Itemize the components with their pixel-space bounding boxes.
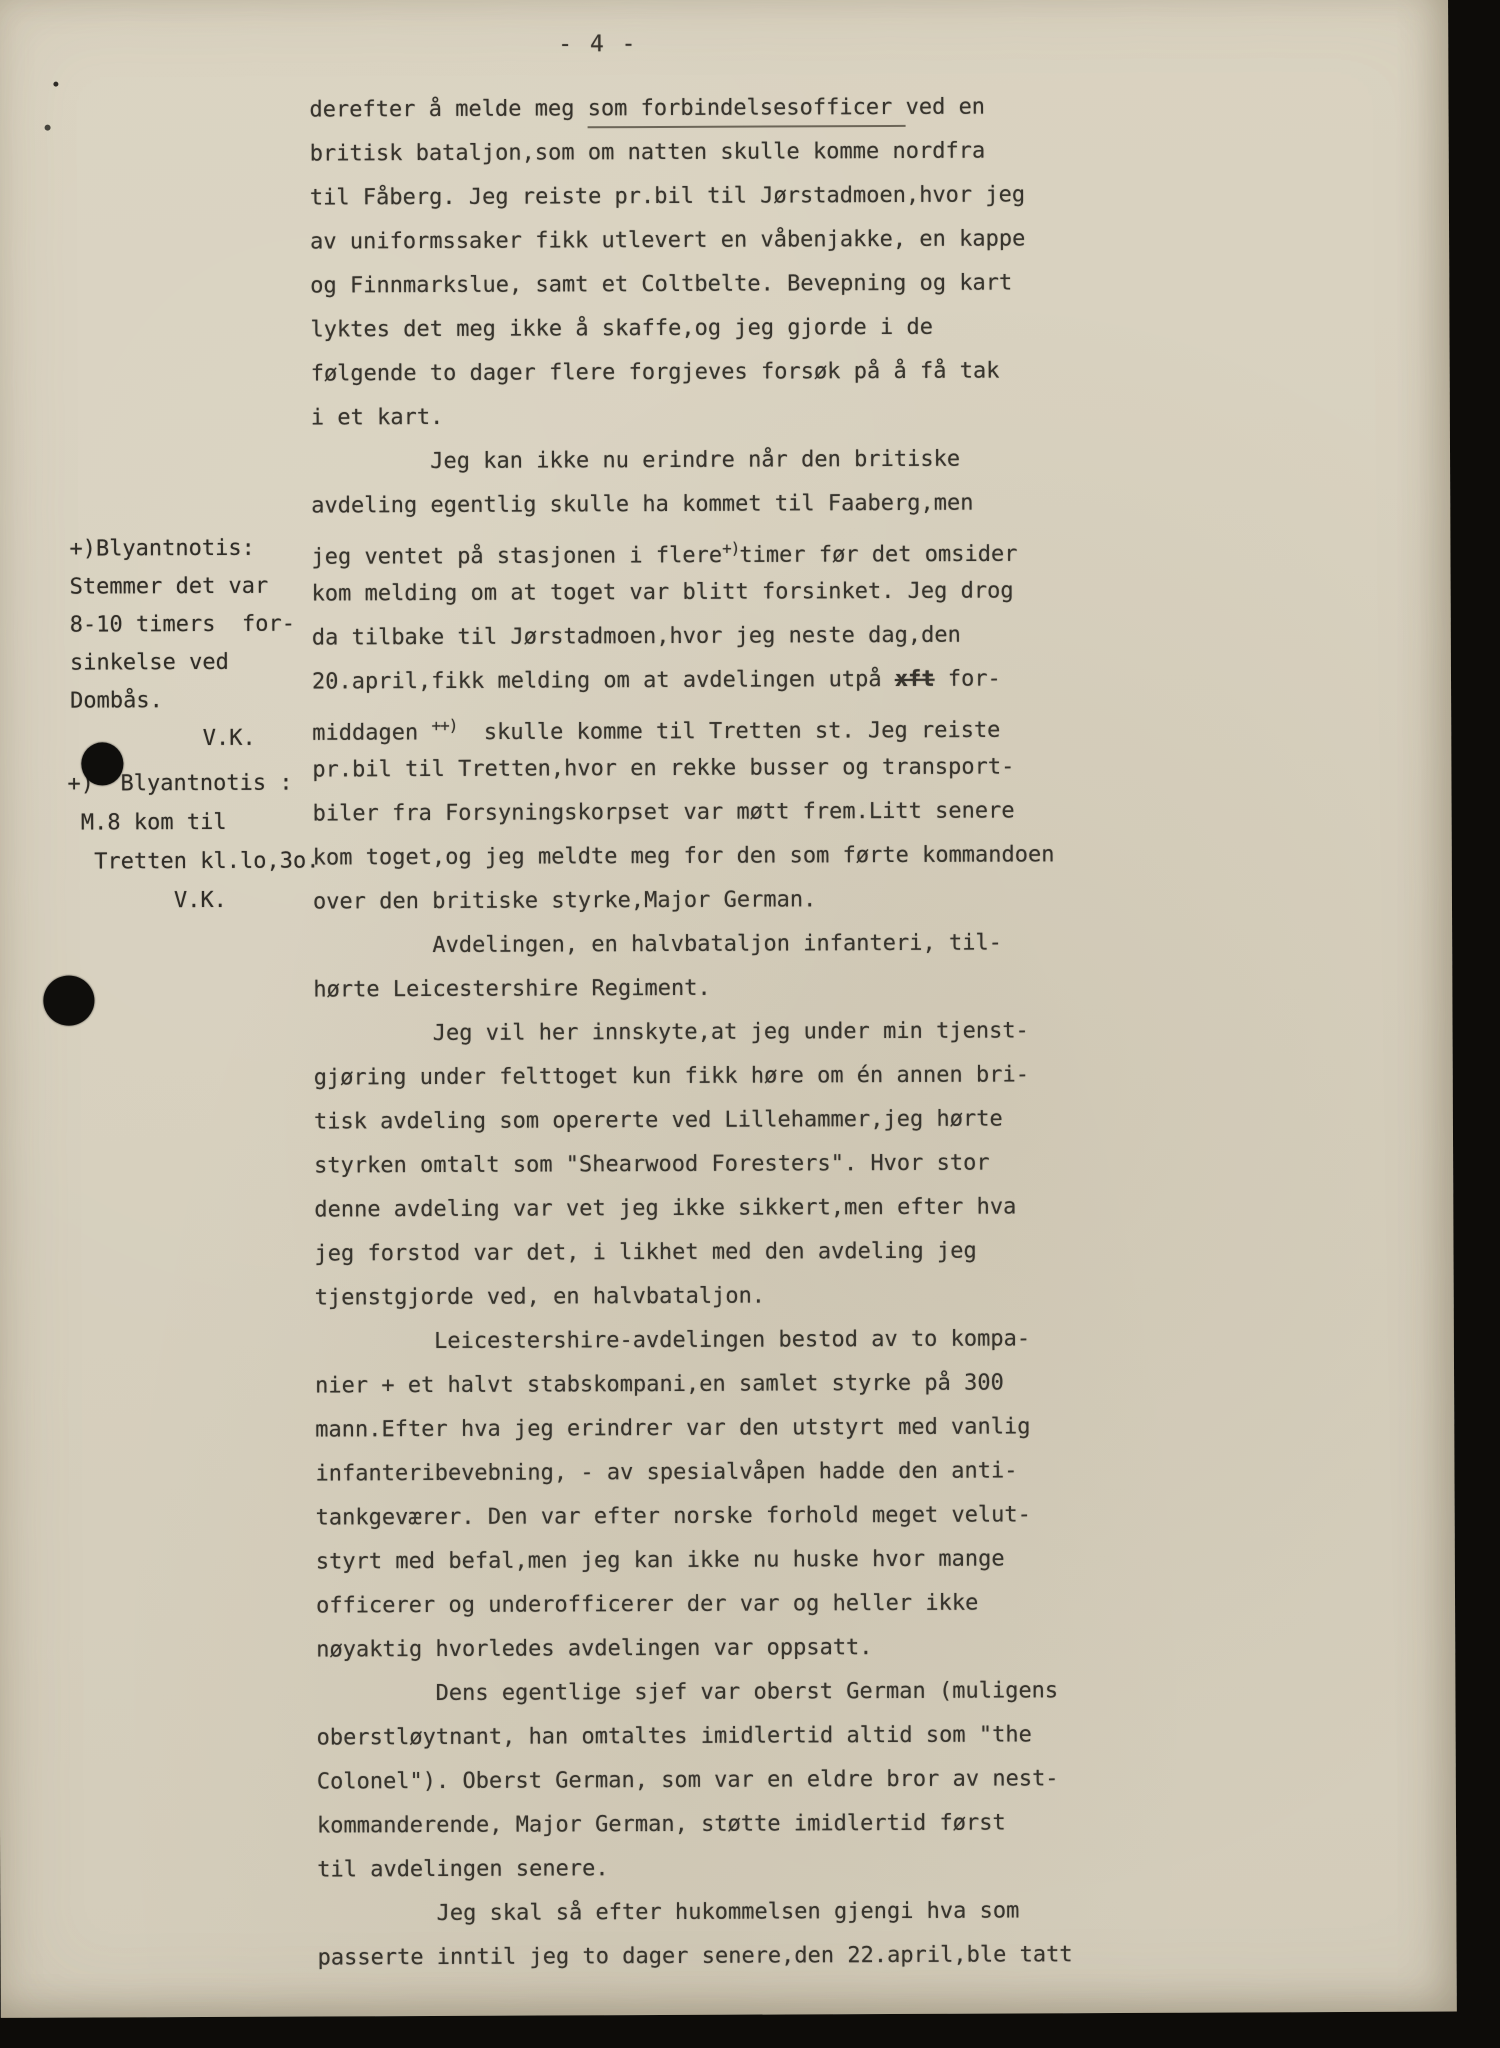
text-line: til avdelingen senere. bbox=[317, 1845, 1072, 1892]
text-segment: infanteribevebning, - av spesialvåpen ha… bbox=[315, 1458, 1017, 1486]
text-segment: til avdelingen senere. bbox=[317, 1856, 609, 1882]
text-segment: Avdelingen, en halvbataljon infanteri, t… bbox=[313, 931, 1002, 959]
text-segment: passerte inntil jeg to dager senere,den … bbox=[318, 1942, 1073, 1970]
text-line: derefter å melde meg som forbindelsesoff… bbox=[309, 85, 1064, 132]
text-segment: tankgeværer. Den var efter norske forhol… bbox=[316, 1502, 1031, 1530]
text-line: nøyaktig hvorledes avdelingen var oppsat… bbox=[316, 1625, 1071, 1672]
text-line: infanteribevebning, - av spesialvåpen ha… bbox=[315, 1449, 1070, 1496]
text-segment: over den britiske styrke,Major German. bbox=[313, 887, 816, 914]
margin-note-line: Dombås. bbox=[70, 682, 295, 721]
dust-speck bbox=[45, 125, 51, 131]
text-line: i et kart. bbox=[311, 393, 1066, 440]
text-segment: 20.april,fikk melding om at avdelingen u… bbox=[312, 667, 895, 695]
margin-note-tretten: +) Blyantnotis : M.8 kom til Tretten kl.… bbox=[67, 763, 319, 920]
text-segment: timer før det omsider bbox=[739, 542, 1017, 568]
text-segment: Leicestershire-avdelingen bestod av to k… bbox=[315, 1326, 1030, 1354]
text-line: oberstløytnant, han omtaltes imidlertid … bbox=[317, 1713, 1072, 1760]
text-line: Jeg skal så efter hukommelsen gjengi hva… bbox=[317, 1889, 1072, 1936]
margin-note-line: Tretten kl.lo,3o. bbox=[68, 841, 320, 881]
text-segment: pr.bil til Tretten,hvor en rekke busser … bbox=[312, 754, 1014, 782]
ink-blot bbox=[81, 742, 123, 785]
text-line: gjøring under felttoget kun fikk høre om… bbox=[314, 1053, 1069, 1100]
underlined-text: som forbindelsesofficer bbox=[588, 95, 906, 128]
text-line: og Finnmarkslue, samt et Coltbelte. Beve… bbox=[310, 261, 1065, 308]
text-line: kommanderende, Major German, støtte imid… bbox=[317, 1801, 1072, 1848]
text-segment: oberstløytnant, han omtaltes imidlertid … bbox=[317, 1722, 1032, 1750]
text-line: mann.Efter hva jeg erindrer var den utst… bbox=[315, 1405, 1070, 1452]
text-segment: nier + et halvt stabskompani,en samlet s… bbox=[315, 1371, 1004, 1399]
footnote-marker: +) bbox=[722, 539, 739, 558]
hole-punch bbox=[43, 975, 94, 1025]
text-segment: mann.Efter hva jeg erindrer var den utst… bbox=[315, 1414, 1030, 1442]
text-line: officerer og underofficerer der var og h… bbox=[316, 1581, 1071, 1628]
text-segment: middagen bbox=[312, 720, 431, 746]
text-segment: denne avdeling var vet jeg ikke sikkert,… bbox=[314, 1194, 1016, 1222]
margin-note-dombas: +)Blyantnotis:Stemmer det var8-10 timers… bbox=[69, 530, 295, 759]
text-segment: til Fåberg. Jeg reiste pr.bil til Jørsta… bbox=[310, 182, 1025, 210]
page-number: - 4 - bbox=[558, 31, 637, 57]
text-segment: Dens egentlige sjef var oberst German (m… bbox=[316, 1678, 1058, 1706]
text-segment: biler fra Forsyningskorpset var møtt fre… bbox=[313, 798, 1015, 826]
text-segment: derefter å melde meg bbox=[309, 96, 587, 122]
text-line: Jeg kan ikke nu erindre når den britiske bbox=[311, 437, 1066, 484]
text-line: av uniformssaker fikk utlevert en våbenj… bbox=[310, 217, 1065, 264]
text-line: passerte inntil jeg to dager senere,den … bbox=[317, 1933, 1072, 1980]
text-segment: jeg forstod var det, i likhet med den av… bbox=[314, 1239, 976, 1267]
margin-note-line: sinkelse ved bbox=[70, 644, 295, 683]
text-line: følgende to dager flere forgjeves forsøk… bbox=[311, 349, 1066, 396]
text-line: styrt med befal,men jeg kan ikke nu husk… bbox=[316, 1537, 1071, 1584]
text-segment: kom toget,og jeg meldte meg for den som … bbox=[313, 842, 1055, 870]
text-segment: britisk bataljon,som om natten skulle ko… bbox=[310, 139, 986, 167]
text-line: denne avdeling var vet jeg ikke sikkert,… bbox=[314, 1185, 1069, 1232]
text-segment: gjøring under felttoget kun fikk høre om… bbox=[314, 1062, 1029, 1090]
text-line: tjenstgjorde ved, en halvbataljon. bbox=[315, 1273, 1070, 1320]
text-line: nier + et halvt stabskompani,en samlet s… bbox=[315, 1361, 1070, 1408]
text-line: britisk bataljon,som om natten skulle ko… bbox=[310, 129, 1065, 176]
margin-note-line: V.K. bbox=[68, 880, 320, 920]
text-segment: Jeg vil her innskyte,at jeg under min tj… bbox=[313, 1018, 1028, 1046]
text-line: Colonel"). Oberst German, som var en eld… bbox=[317, 1757, 1072, 1804]
text-line: kom melding om at toget var blitt forsin… bbox=[312, 569, 1067, 616]
text-segment: styrt med befal,men jeg kan ikke nu husk… bbox=[316, 1547, 1005, 1575]
text-line: jeg forstod var det, i likhet med den av… bbox=[314, 1229, 1069, 1276]
text-line: tankgeværer. Den var efter norske forhol… bbox=[316, 1493, 1071, 1540]
text-line: biler fra Forsyningskorpset var møtt fre… bbox=[312, 789, 1067, 836]
text-segment: og Finnmarkslue, samt et Coltbelte. Beve… bbox=[310, 270, 1012, 298]
margin-note-line: 8-10 timers for- bbox=[70, 606, 295, 645]
text-line: middagen ++) skulle komme til Tretten st… bbox=[312, 701, 1067, 748]
typewritten-body: derefter å melde meg som forbindelsesoff… bbox=[309, 85, 1072, 1980]
text-segment: Colonel"). Oberst German, som var en eld… bbox=[317, 1766, 1059, 1794]
text-segment: da tilbake til Jørstadmoen,hvor jeg nest… bbox=[312, 623, 961, 651]
margin-note-line: Stemmer det var bbox=[70, 568, 295, 607]
text-segment: tisk avdeling som opererte ved Lillehamm… bbox=[314, 1107, 1003, 1135]
text-line: avdeling egentlig skulle ha kommet til F… bbox=[311, 481, 1066, 528]
text-line: da tilbake til Jørstadmoen,hvor jeg nest… bbox=[312, 613, 1067, 660]
text-segment: følgende to dager flere forgjeves forsøk… bbox=[311, 359, 1000, 387]
text-line: styrken omtalt som "Shearwood Foresters"… bbox=[314, 1141, 1069, 1188]
text-line: Jeg vil her innskyte,at jeg under min tj… bbox=[313, 1009, 1068, 1056]
dust-speck bbox=[53, 82, 58, 87]
text-segment: Jeg skal så efter hukommelsen gjengi hva… bbox=[317, 1898, 1019, 1926]
text-line: lyktes det meg ikke å skaffe,og jeg gjor… bbox=[310, 305, 1065, 352]
text-segment: Jeg kan ikke nu erindre når den britiske bbox=[311, 447, 960, 475]
struck-text: xft bbox=[895, 667, 935, 692]
text-line: tisk avdeling som opererte ved Lillehamm… bbox=[314, 1097, 1069, 1144]
text-segment: skulle komme til Tretten st. Jeg reiste bbox=[457, 718, 1000, 745]
text-segment: lyktes det meg ikke å skaffe,og jeg gjor… bbox=[310, 315, 933, 343]
paper-sheet: - 4 - derefter å melde meg som forbindel… bbox=[0, 0, 1457, 2018]
margin-note-line: +)Blyantnotis: bbox=[69, 530, 294, 569]
text-line: over den britiske styrke,Major German. bbox=[313, 877, 1068, 924]
text-segment: nøyaktig hvorledes avdelingen var oppsat… bbox=[316, 1635, 872, 1662]
text-segment: kom melding om at toget var blitt forsin… bbox=[312, 578, 1014, 606]
text-segment: ved en bbox=[906, 95, 986, 120]
text-segment: tjenstgjorde ved, en halvbataljon. bbox=[315, 1284, 765, 1311]
text-line: Avdelingen, en halvbataljon infanteri, t… bbox=[313, 921, 1068, 968]
text-line: jeg ventet på stasjonen i flere+)timer f… bbox=[311, 525, 1066, 572]
text-segment: kommanderende, Major German, støtte imid… bbox=[317, 1811, 1006, 1839]
footnote-marker: ++) bbox=[431, 716, 457, 735]
text-segment: officerer og underofficerer der var og h… bbox=[316, 1591, 978, 1619]
text-line: pr.bil til Tretten,hvor en rekke busser … bbox=[312, 745, 1067, 792]
text-line: hørte Leicestershire Regiment. bbox=[313, 965, 1068, 1012]
text-segment: avdeling egentlig skulle ha kommet til F… bbox=[311, 491, 973, 519]
margin-note-line: M.8 kom til bbox=[68, 802, 320, 842]
text-segment: styrken omtalt som "Shearwood Foresters"… bbox=[314, 1151, 990, 1179]
text-segment: i et kart. bbox=[311, 405, 444, 431]
text-line: 20.april,fikk melding om at avdelingen u… bbox=[312, 657, 1067, 704]
text-segment: for- bbox=[934, 667, 1000, 692]
text-line: til Fåberg. Jeg reiste pr.bil til Jørsta… bbox=[310, 173, 1065, 220]
text-segment: av uniformssaker fikk utlevert en våbenj… bbox=[310, 226, 1025, 254]
text-segment: hørte Leicestershire Regiment. bbox=[313, 976, 710, 1003]
text-line: Dens egentlige sjef var oberst German (m… bbox=[316, 1669, 1071, 1716]
text-line: Leicestershire-avdelingen bestod av to k… bbox=[315, 1317, 1070, 1364]
text-line: kom toget,og jeg meldte meg for den som … bbox=[313, 833, 1068, 880]
text-segment: jeg ventet på stasjonen i flere bbox=[311, 543, 722, 570]
